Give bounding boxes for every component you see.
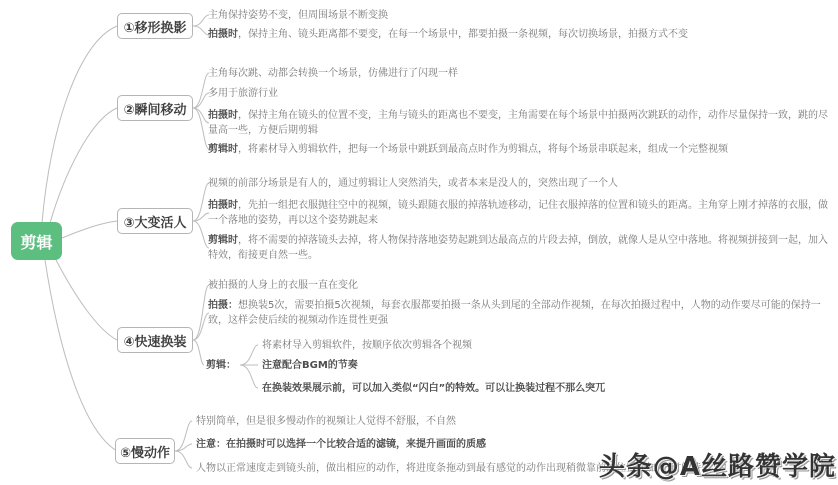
note-text[interactable]: 拍摄时，保持主角在镜头的位置不变，主角与镜头的距离也不要变，主角需要在每个场景中… bbox=[208, 108, 832, 138]
note-text[interactable]: 剪辑时，将素材导入剪辑软件，把每一个场景中跳跃到最高点时作为剪辑点，将每个场景串… bbox=[208, 142, 728, 157]
branch-node-3[interactable]: ③大变活人 bbox=[117, 208, 193, 234]
note-body: 被拍摄的人身上的衣服一直在变化 bbox=[208, 280, 358, 291]
note-body: 多用于旅游行业 bbox=[208, 88, 278, 99]
root-node[interactable]: 剪辑 bbox=[11, 222, 62, 260]
note-body: ，将不需要的掉落镜头去掉，将人物保持落地姿势起跳到达最高点的片段去掉，倒放，就像… bbox=[208, 235, 828, 261]
note-text[interactable]: 将素材导入剪辑软件，按顺序依次剪辑各个视频 bbox=[262, 338, 472, 353]
note-body: ，保持主角、镜头距离都不要变，在每一个场景中，都要拍摄一条视频，每次切换场景，拍… bbox=[238, 29, 688, 40]
note-body: 主角保持姿势不变，但周围场景不断变换 bbox=[208, 10, 388, 21]
branch-node-2[interactable]: ②瞬间移动 bbox=[117, 95, 193, 121]
note-prefix: 注意： bbox=[196, 439, 226, 450]
mindmap-canvas: 剪辑 ①移形换影 ②瞬间移动 ③大变活人 ④快速换装 ⑤慢动作 主角保持姿势不变… bbox=[0, 0, 838, 485]
note-prefix: 拍摄时 bbox=[208, 200, 238, 211]
note-text[interactable]: 被拍摄的人身上的衣服一直在变化 bbox=[208, 278, 358, 293]
note-body: 视频的前部分场景是有人的，通过剪辑让人突然消失，或者本来是没人的，突然出现了一个… bbox=[208, 178, 618, 189]
note-body: ，保持主角在镜头的位置不变，主角与镜头的距离也不要变，主角需要在每个场景中拍摄两… bbox=[208, 110, 828, 136]
note-text[interactable]: 注意：在拍摄时可以选择一个比较合适的滤镜，来提升画面的质感 bbox=[196, 437, 486, 452]
branch-node-5[interactable]: ⑤慢动作 bbox=[115, 438, 175, 464]
note-prefix: 拍摄时 bbox=[208, 110, 238, 121]
note-prefix: 剪辑时 bbox=[208, 235, 238, 246]
note-text[interactable]: 视频的前部分场景是有人的，通过剪辑让人突然消失，或者本来是没人的，突然出现了一个… bbox=[208, 176, 618, 191]
note-text[interactable]: 多用于旅游行业 bbox=[208, 86, 278, 101]
note-text[interactable]: 主角保持姿势不变，但周围场景不断变换 bbox=[208, 8, 388, 23]
note-prefix: 拍摄： bbox=[208, 300, 238, 311]
note-text[interactable]: 特别简单，但是很多慢动作的视频让人觉得不舒服，不自然 bbox=[196, 414, 456, 429]
note-body: ，将素材导入剪辑软件，把每一个场景中跳跃到最高点时作为剪辑点，将每个场景串联起来… bbox=[238, 144, 728, 155]
note-body: 想换装5次，需要拍摄5次视频，每套衣服都要拍摄一条从头到尾的全部动作视频，在每次… bbox=[208, 300, 821, 326]
note-prefix: 剪辑时 bbox=[208, 144, 238, 155]
note-prefix: 拍摄时 bbox=[208, 29, 238, 40]
note-text[interactable]: 主角每次跳、动都会转换一个场景，仿佛进行了闪现一样 bbox=[208, 66, 458, 81]
note-text[interactable]: 剪辑时，将不需要的掉落镜头去掉，将人物保持落地姿势起跳到达最高点的片段去掉，倒放… bbox=[208, 233, 832, 263]
note-text[interactable]: 注意配合BGM的节奏 bbox=[262, 358, 358, 373]
note-body: 主角每次跳、动都会转换一个场景，仿佛进行了闪现一样 bbox=[208, 68, 458, 79]
watermark: 头条@A丝路赞学院 bbox=[599, 446, 836, 483]
note-text[interactable]: 拍摄时，先拍一组把衣服抛往空中的视频，镜头跟随衣服的掉落轨迹移动，记住衣服掉落的… bbox=[208, 198, 832, 228]
note-text[interactable]: 拍摄时，保持主角、镜头距离都不要变，在每一个场景中，都要拍摄一条视频，每次切换场… bbox=[208, 27, 688, 42]
branch-node-4[interactable]: ④快速换装 bbox=[117, 327, 193, 353]
sub-branch-label[interactable]: 剪辑： bbox=[206, 358, 236, 373]
note-body: 特别简单，但是很多慢动作的视频让人觉得不舒服，不自然 bbox=[196, 416, 456, 427]
branch-node-1[interactable]: ①移形换影 bbox=[117, 13, 193, 39]
note-body: 在拍摄时可以选择一个比较合适的滤镜，来提升画面的质感 bbox=[226, 439, 486, 450]
note-text[interactable]: 在换装效果展示前，可以加入类似“闪白”的特效。可以让换装过程不那么突兀 bbox=[262, 381, 605, 396]
note-text[interactable]: 拍摄：想换装5次，需要拍摄5次视频，每套衣服都要拍摄一条从头到尾的全部动作视频，… bbox=[208, 298, 832, 328]
note-body: ，先拍一组把衣服抛往空中的视频，镜头跟随衣服的掉落轨迹移动，记住衣服掉落的位置和… bbox=[208, 200, 828, 226]
